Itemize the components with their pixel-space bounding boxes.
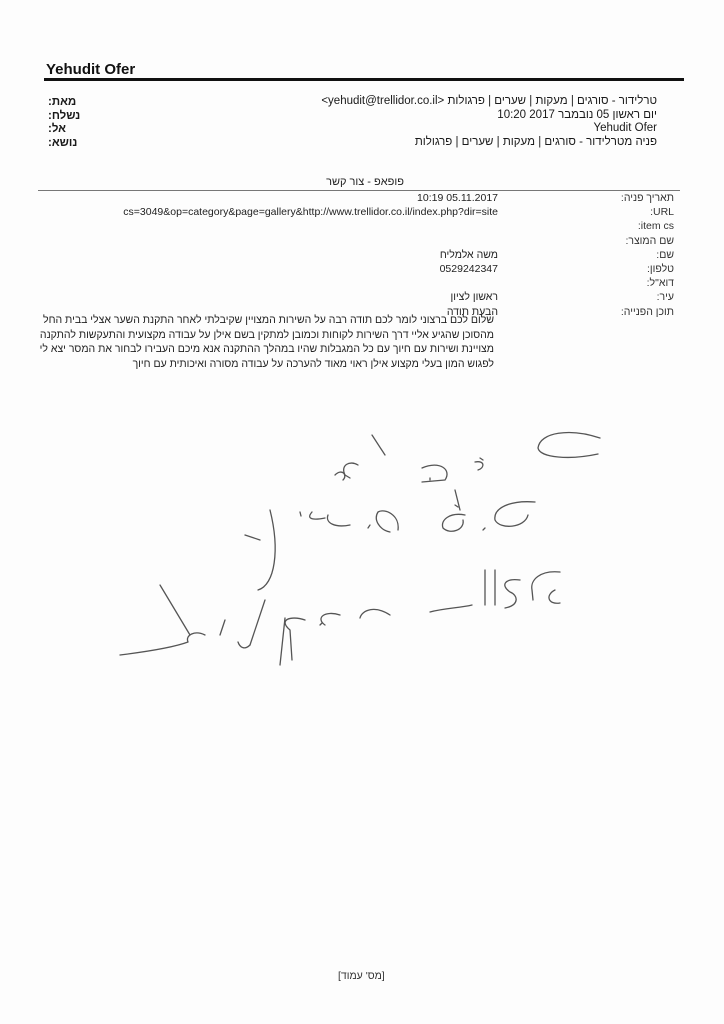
label-sent: נשלח: (48, 110, 80, 124)
field-value-phone: 0529242347 (18, 262, 498, 276)
field-label-item: item cs: (554, 219, 674, 233)
value-subject: פניה מטרלידור - סורגים | מעקות | שערים |… (237, 136, 657, 150)
email-header-values: טרלידור - סורגים | מעקות | שערים | פרגול… (237, 95, 657, 149)
email-header-labels: מאת: נשלח: אל: נושא: (48, 96, 80, 150)
field-label-email: דוא"ל: (554, 276, 674, 290)
page-number: [מס' עמוד] (338, 970, 385, 982)
sender-name: Yehudit Ofer (46, 61, 135, 78)
message-line: לפגוש המון בעלי מקצוע אילן ראוי מאוד להע… (42, 357, 494, 372)
label-subject: נושא: (48, 137, 80, 151)
form-title: פופאפ - צור קשר (305, 176, 425, 188)
field-value-email (18, 276, 498, 290)
scanned-page: Yehudit Ofer מאת: נשלח: אל: נושא: טרלידו… (0, 0, 724, 1024)
handwritten-note: כל הכבוד (100, 420, 640, 670)
message-line: שלום לכם ברצוני לומר לכם תודה רבה על השי… (42, 313, 494, 328)
field-value-city: ראשון לציון (18, 290, 498, 304)
field-value-date: 10:19 05.11.2017 (18, 191, 498, 205)
message-line: מהסוכן שהגיע אליי דרך השירות לקוחות וכמו… (42, 328, 494, 343)
field-label-city: עיר: (554, 290, 674, 304)
field-value-name: משה אלמליח (18, 248, 498, 262)
message-body: שלום לכם ברצוני לומר לכם תודה רבה על השי… (42, 313, 494, 371)
field-value-product (18, 234, 498, 248)
value-sent: יום ראשון 05 נובמבר 2017 10:20 (237, 109, 657, 123)
label-to: אל: (48, 123, 80, 137)
field-label-name: שם: (554, 248, 674, 262)
value-to: Yehudit Ofer (237, 122, 657, 136)
field-label-date: תאריך פניה: (554, 191, 674, 205)
header-rule (44, 78, 684, 81)
field-label-content: תוכן הפנייה: (554, 305, 674, 319)
field-value-url: cs=3049&op=category&page=gallery&http://… (18, 205, 498, 219)
label-from: מאת: (48, 96, 80, 110)
field-label-phone: טלפון: (554, 262, 674, 276)
form-field-values: 10:19 05.11.2017 cs=3049&op=category&pag… (18, 191, 498, 319)
form-field-labels: תאריך פניה: URL: item cs: שם המוצר: שם: … (554, 191, 674, 319)
field-label-url: URL: (554, 205, 674, 219)
value-from: טרלידור - סורגים | מעקות | שערים | פרגול… (237, 95, 657, 109)
message-line: מצויינת ושירות עם חיוך עם כל המגבלות שהי… (42, 342, 494, 357)
field-label-product: שם המוצר: (554, 234, 674, 248)
field-value-item (18, 219, 498, 233)
